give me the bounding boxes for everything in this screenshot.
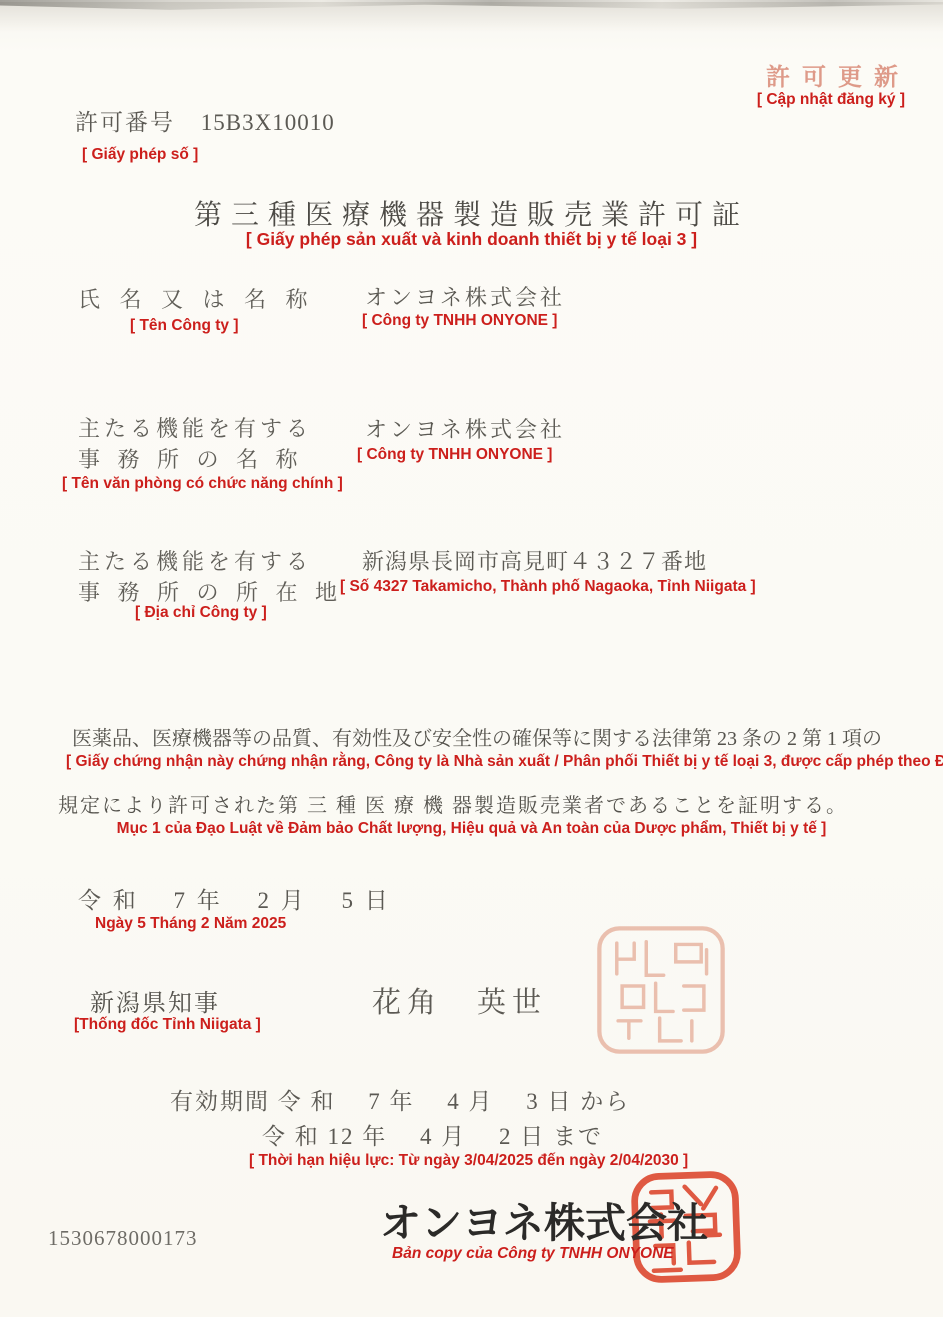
validity-line1: 有効期間 令 和 7 年 4 月 3 日 から (170, 1083, 630, 1116)
legal-text-line1: 医薬品、医療機器等の品質、有効性及び安全性の確保等に関する法律第 23 条の 2… (72, 722, 882, 751)
legal-annotation-line1: [ Giấy chứng nhận này chứng nhận rằng, C… (66, 753, 943, 771)
license-number-label: 許可番号 (75, 110, 175, 135)
validity-annotation: [ Thời hạn hiệu lực: Từ ngày 3/04/2025 đ… (249, 1152, 688, 1170)
field-address-label-line2: 事 務 所 の 所 在 地 (78, 576, 343, 607)
legal-text-line2: 規定により許可された第 三 種 医 療 機 器製造販売業者であることを証明する。 (58, 789, 848, 818)
governor-title-annotation: [Thống đốc Tỉnh Niigata ] (74, 1016, 261, 1034)
certificate-title-annotation: [ Giấy phép sản xuất và kinh doanh thiết… (0, 229, 943, 250)
field-office-name-value-annotation: [ Công ty TNHH ONYONE ] (357, 446, 552, 464)
field-office-name-value: オンヨネ株式会社 (365, 413, 565, 444)
license-number-value: 15B3X10010 (201, 110, 335, 135)
field-address-label-line1: 主たる機能を有する (78, 545, 312, 576)
field-office-name-label-annotation: [ Tên văn phòng có chức năng chính ] (62, 475, 343, 493)
certificate-title: 第三種医療機器製造販売業許可証 (0, 193, 943, 233)
governor-seal (594, 923, 728, 1057)
license-number-line: 許可番号 15B3X10010 (75, 104, 335, 137)
license-number-annotation: [ Giấy phép số ] (82, 146, 198, 164)
field-name-label-annotation: [ Tên Công ty ] (130, 317, 239, 335)
issue-date: 令 和 7 年 2 月 5 日 (78, 882, 391, 915)
field-name-value-annotation: [ Công ty TNHH ONYONE ] (362, 312, 557, 330)
footer-copy-annotation: Bản copy của Công ty TNHH ONYONE (392, 1245, 674, 1263)
validity-line2: 令 和 12 年 4 月 2 日 まで (262, 1118, 603, 1151)
renewal-stamp-annotation: [ Cập nhật đăng ký ] (757, 91, 905, 109)
scanned-certificate-page: 許可更新 [ Cập nhật đăng ký ] 許可番号 15B3X1001… (0, 0, 943, 1317)
field-address-value-annotation: [ Số 4327 Takamicho, Thành phố Nagaoka, … (340, 578, 756, 596)
field-office-name-label-line1: 主たる機能を有する (78, 412, 312, 443)
governor-name: 花角 英世 (372, 980, 547, 1021)
footer-company-name: オンヨネ株式会社 (380, 1190, 708, 1249)
issue-date-annotation: Ngày 5 Tháng 2 Năm 2025 (95, 915, 286, 933)
field-office-name-label-line2: 事 務 所 の 名 称 (78, 443, 304, 474)
field-address-value: 新潟県長岡市高見町４３２７番地 (362, 545, 707, 576)
document-number: 1530678000173 (48, 1226, 198, 1251)
field-name-value: オンヨネ株式会社 (365, 281, 565, 312)
governor-title: 新潟県知事 (90, 983, 220, 1018)
legal-annotation-line2: Mục 1 của Đạo Luật về Đảm bảo Chất lượng… (0, 820, 943, 838)
field-name-label: 氏 名 又 は 名 称 (78, 283, 315, 314)
renewal-stamp-text: 許可更新 (766, 57, 910, 92)
field-address-label-annotation: [ Địa chỉ Công ty ] (135, 604, 267, 622)
